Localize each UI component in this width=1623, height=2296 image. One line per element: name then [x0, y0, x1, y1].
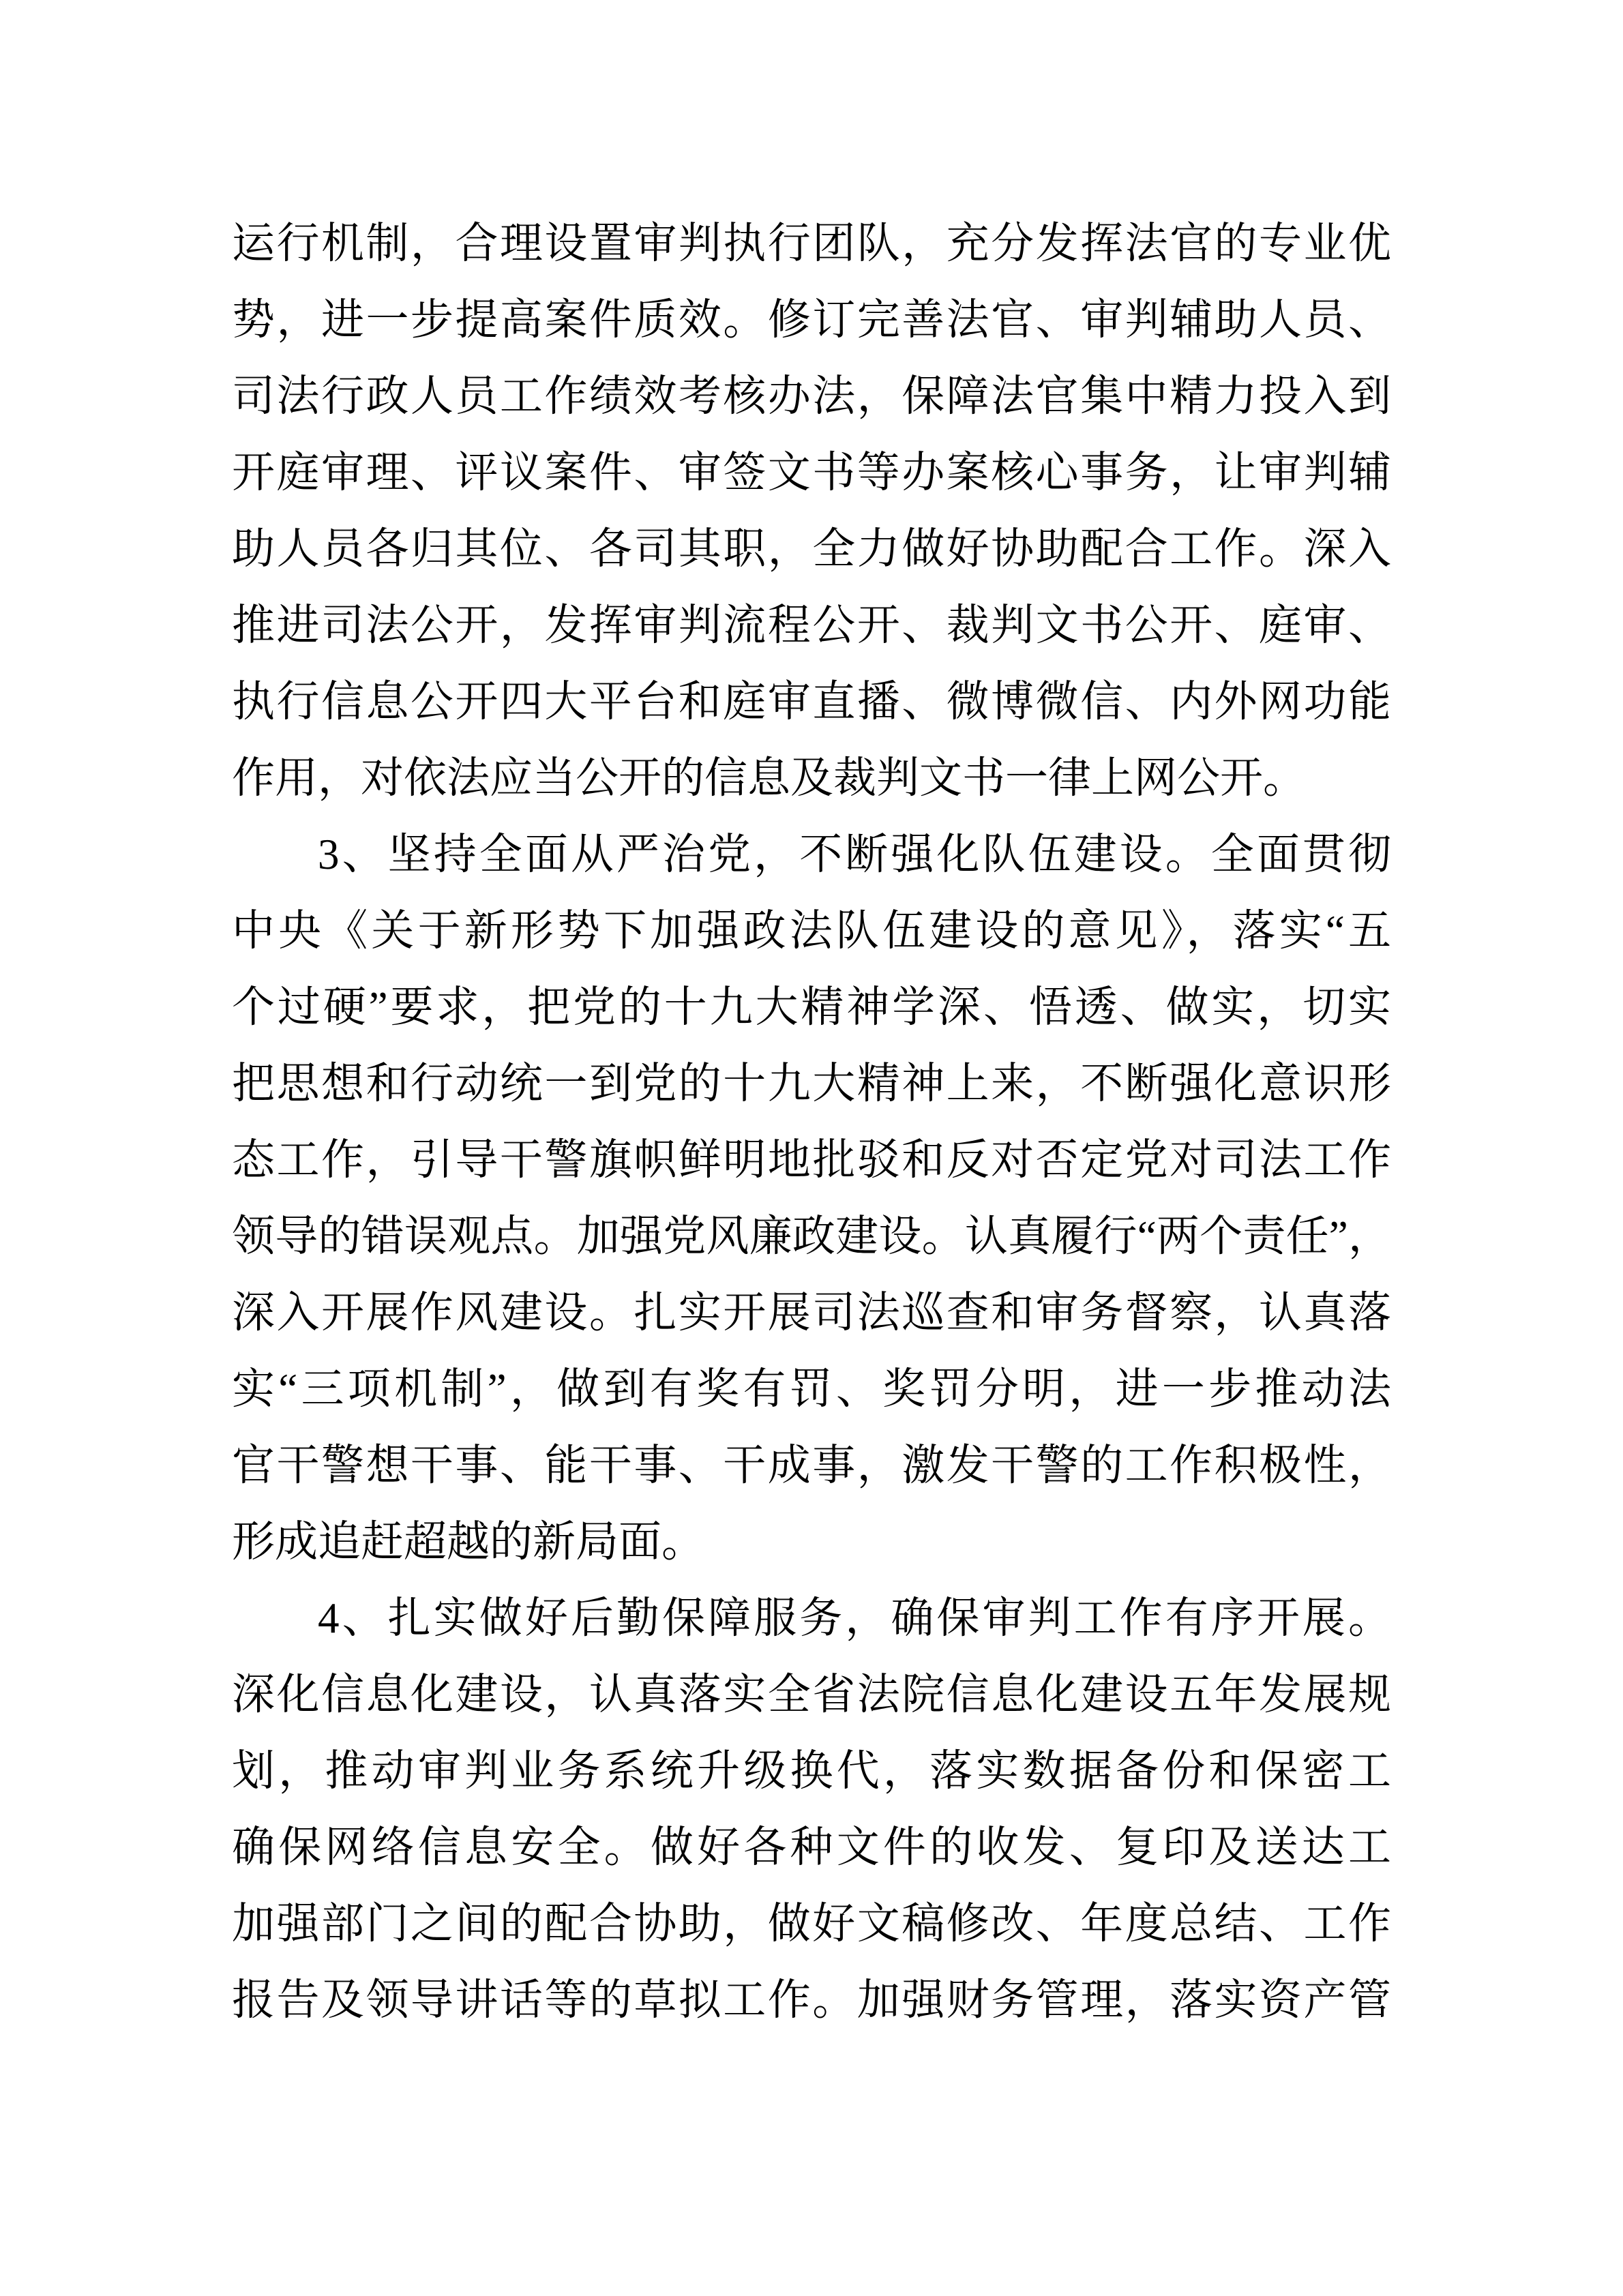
text-line: 中央《关于新形势下加强政法队伍建设的意见》，落实“五 — [232, 893, 1391, 969]
text-line: 深入开展作风建设。扎实开展司法巡查和审务督察，认真落 — [232, 1274, 1391, 1351]
paragraph: 4、扎实做好后勤保障服务，确保审判工作有序开展。深化信息化建设，认真落实全省法院… — [232, 1580, 1391, 2038]
text-line: 作用，对依法应当公开的信息及裁判文书一律上网公开。 — [232, 740, 1391, 816]
text-line: 执行信息公开四大平台和庭审直播、微博微信、内外网功能 — [232, 664, 1391, 740]
text-line: 把思想和行动统一到党的十九大精神上来，不断强化意识形 — [232, 1045, 1391, 1122]
document-body: 运行机制，合理设置审判执行团队，充分发挥法官的专业优势，进一步提高案件质效。修订… — [232, 205, 1391, 2038]
text-line: 开庭审理、评议案件、审签文书等办案核心事务，让审判辅 — [232, 434, 1391, 511]
text-line: 深化信息化建设，认真落实全省法院信息化建设五年发展规 — [232, 1656, 1391, 1733]
paragraph: 运行机制，合理设置审判执行团队，充分发挥法官的专业优势，进一步提高案件质效。修订… — [232, 205, 1391, 816]
text-line: 运行机制，合理设置审判执行团队，充分发挥法官的专业优 — [232, 205, 1391, 282]
text-line: 官干警想干事、能干事、干成事，激发干警的工作积极性， — [232, 1427, 1391, 1504]
text-line: 助人员各归其位、各司其职，全力做好协助配合工作。深入 — [232, 511, 1391, 587]
text-line: 加强部门之间的配合协助，做好文稿修改、年度总结、工作 — [232, 1885, 1391, 1962]
text-line: 确保网络信息安全。做好各种文件的收发、复印及送达工作。 — [232, 1809, 1391, 1885]
text-line: 势，进一步提高案件质效。修订完善法官、审判辅助人员、 — [232, 282, 1391, 358]
document-page: 运行机制，合理设置审判执行团队，充分发挥法官的专业优势，进一步提高案件质效。修订… — [0, 0, 1623, 2296]
text-line: 3、坚持全面从严治党，不断强化队伍建设。全面贯彻 — [232, 816, 1391, 893]
text-line: 司法行政人员工作绩效考核办法，保障法官集中精力投入到 — [232, 358, 1391, 434]
text-line: 个过硬”要求，把党的十九大精神学深、悟透、做实，切实 — [232, 969, 1391, 1045]
paragraph: 3、坚持全面从严治党，不断强化队伍建设。全面贯彻中央《关于新形势下加强政法队伍建… — [232, 816, 1391, 1580]
text-line: 形成追赶超越的新局面。 — [232, 1504, 1391, 1580]
text-line: 4、扎实做好后勤保障服务，确保审判工作有序开展。 — [232, 1580, 1391, 1656]
text-line: 推进司法公开，发挥审判流程公开、裁判文书公开、庭审、 — [232, 587, 1391, 664]
text-line: 实“三项机制”，做到有奖有罚、奖罚分明，进一步推动法 — [232, 1351, 1391, 1427]
text-line: 态工作，引导干警旗帜鲜明地批驳和反对否定党对司法工作 — [232, 1122, 1391, 1198]
text-line: 划，推动审判业务系统升级换代，落实数据备份和保密工作， — [232, 1733, 1391, 1809]
text-line: 报告及领导讲话等的草拟工作。加强财务管理，落实资产管 — [232, 1962, 1391, 2038]
text-line: 领导的错误观点。加强党风廉政建设。认真履行“两个责任”， — [232, 1198, 1391, 1274]
